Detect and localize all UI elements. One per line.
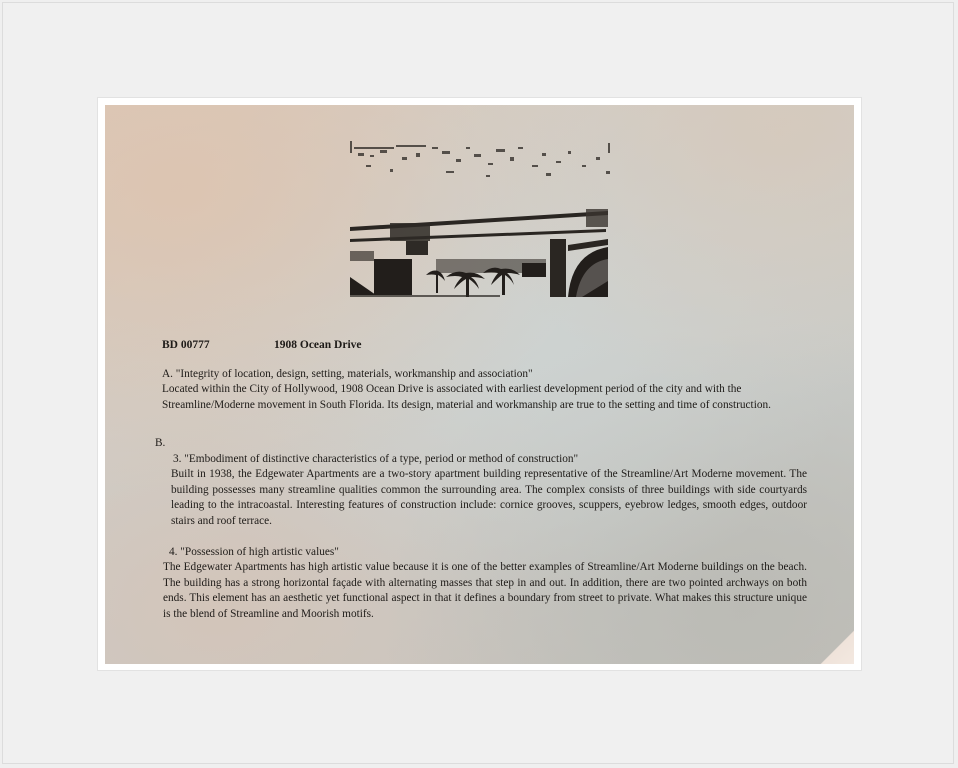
criterion-3-title: 3. "Embodiment of distinctive characteri… — [171, 452, 807, 467]
section-a-body: Located within the City of Hollywood, 19… — [162, 383, 771, 410]
paper-curl — [820, 630, 854, 664]
property-address: 1908 Ocean Drive — [274, 338, 362, 353]
criterion-3-body: Built in 1938, the Edgewater Apartments … — [171, 468, 807, 526]
document-paper: BD 00777 1908 Ocean Drive A. "Integrity … — [105, 105, 854, 664]
criterion-4: 4. "Possession of high artistic values" … — [163, 545, 807, 622]
document-text: BD 00777 1908 Ocean Drive A. "Integrity … — [105, 105, 854, 664]
document-heading: BD 00777 1908 Ocean Drive — [162, 338, 210, 353]
section-b-label: B. — [155, 436, 165, 451]
criterion-3: 3. "Embodiment of distinctive characteri… — [171, 452, 807, 529]
section-a-title: A. "Integrity of location, design, setti… — [162, 367, 810, 382]
record-id: BD 00777 — [162, 339, 210, 351]
section-a: A. "Integrity of location, design, setti… — [162, 367, 810, 413]
criterion-4-title: 4. "Possession of high artistic values" — [163, 545, 807, 560]
criterion-4-body: The Edgewater Apartments has high artist… — [163, 561, 807, 619]
